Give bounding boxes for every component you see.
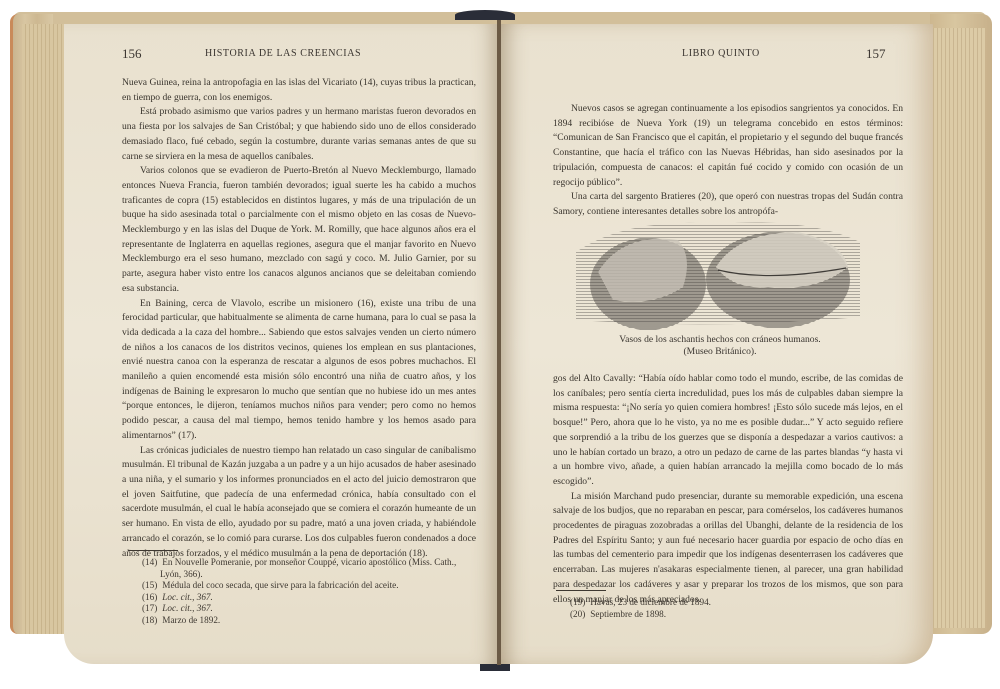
caption-line: Vasos de los aschantis hechos con cráneo… bbox=[560, 334, 880, 346]
caption-line: (Museo Británico). bbox=[560, 346, 880, 358]
book-spine-top bbox=[455, 10, 515, 20]
left-running-head: HISTORIA DE LAS CREENCIAS bbox=[205, 48, 361, 59]
right-footnotes: (19) Havas, 23 de diciembre de 1894. (20… bbox=[556, 590, 896, 620]
left-body-text: Nueva Guinea, reina la antropofagia en l… bbox=[122, 76, 476, 561]
figure-caption: Vasos de los aschantis hechos con cráneo… bbox=[560, 334, 880, 358]
footnote: (16) Loc. cit., 367. bbox=[128, 592, 473, 604]
footnote: (20) Septiembre de 1898. bbox=[556, 609, 896, 621]
right-page-number: 157 bbox=[866, 46, 886, 62]
footnote: (19) Havas, 23 de diciembre de 1894. bbox=[556, 597, 896, 609]
paragraph: Varios colonos que se evadieron de Puert… bbox=[122, 164, 476, 296]
left-page-number: 156 bbox=[122, 46, 142, 62]
skull-vessels-engraving bbox=[568, 212, 868, 332]
paragraph: En Baining, cerca de Vlavolo, escribe un… bbox=[122, 297, 476, 444]
paragraph: Nuevos casos se agregan continuamente a … bbox=[553, 102, 903, 190]
right-body-text-bottom: gos del Alto Cavally: “Había oído hablar… bbox=[553, 372, 903, 607]
paragraph: Está probado asimismo que varios padres … bbox=[122, 105, 476, 164]
open-book: 156 HISTORIA DE LAS CREENCIAS Nueva Guin… bbox=[0, 0, 1000, 689]
left-page-stack bbox=[22, 24, 70, 634]
left-footnotes: (14) En Nouvelle Pomeranie, por monseñor… bbox=[128, 550, 473, 626]
right-body-text-top: Nuevos casos se agregan continuamente a … bbox=[553, 102, 903, 220]
footnote: (18) Marzo de 1892. bbox=[128, 615, 473, 627]
footnote-rule bbox=[128, 550, 178, 551]
paragraph: Las crónicas judiciales de nuestro tiemp… bbox=[122, 444, 476, 562]
paragraph: gos del Alto Cavally: “Había oído hablar… bbox=[553, 372, 903, 490]
right-running-head: LIBRO QUINTO bbox=[682, 48, 760, 59]
right-page-stack bbox=[930, 28, 985, 628]
footnote: (14) En Nouvelle Pomeranie, por monseñor… bbox=[128, 557, 473, 580]
paragraph: Nueva Guinea, reina la antropofagia en l… bbox=[122, 76, 476, 105]
footnote: (15) Médula del coco secada, que sirve p… bbox=[128, 580, 473, 592]
footnote: (17) Loc. cit., 367. bbox=[128, 603, 473, 615]
footnote-rule bbox=[556, 590, 606, 591]
